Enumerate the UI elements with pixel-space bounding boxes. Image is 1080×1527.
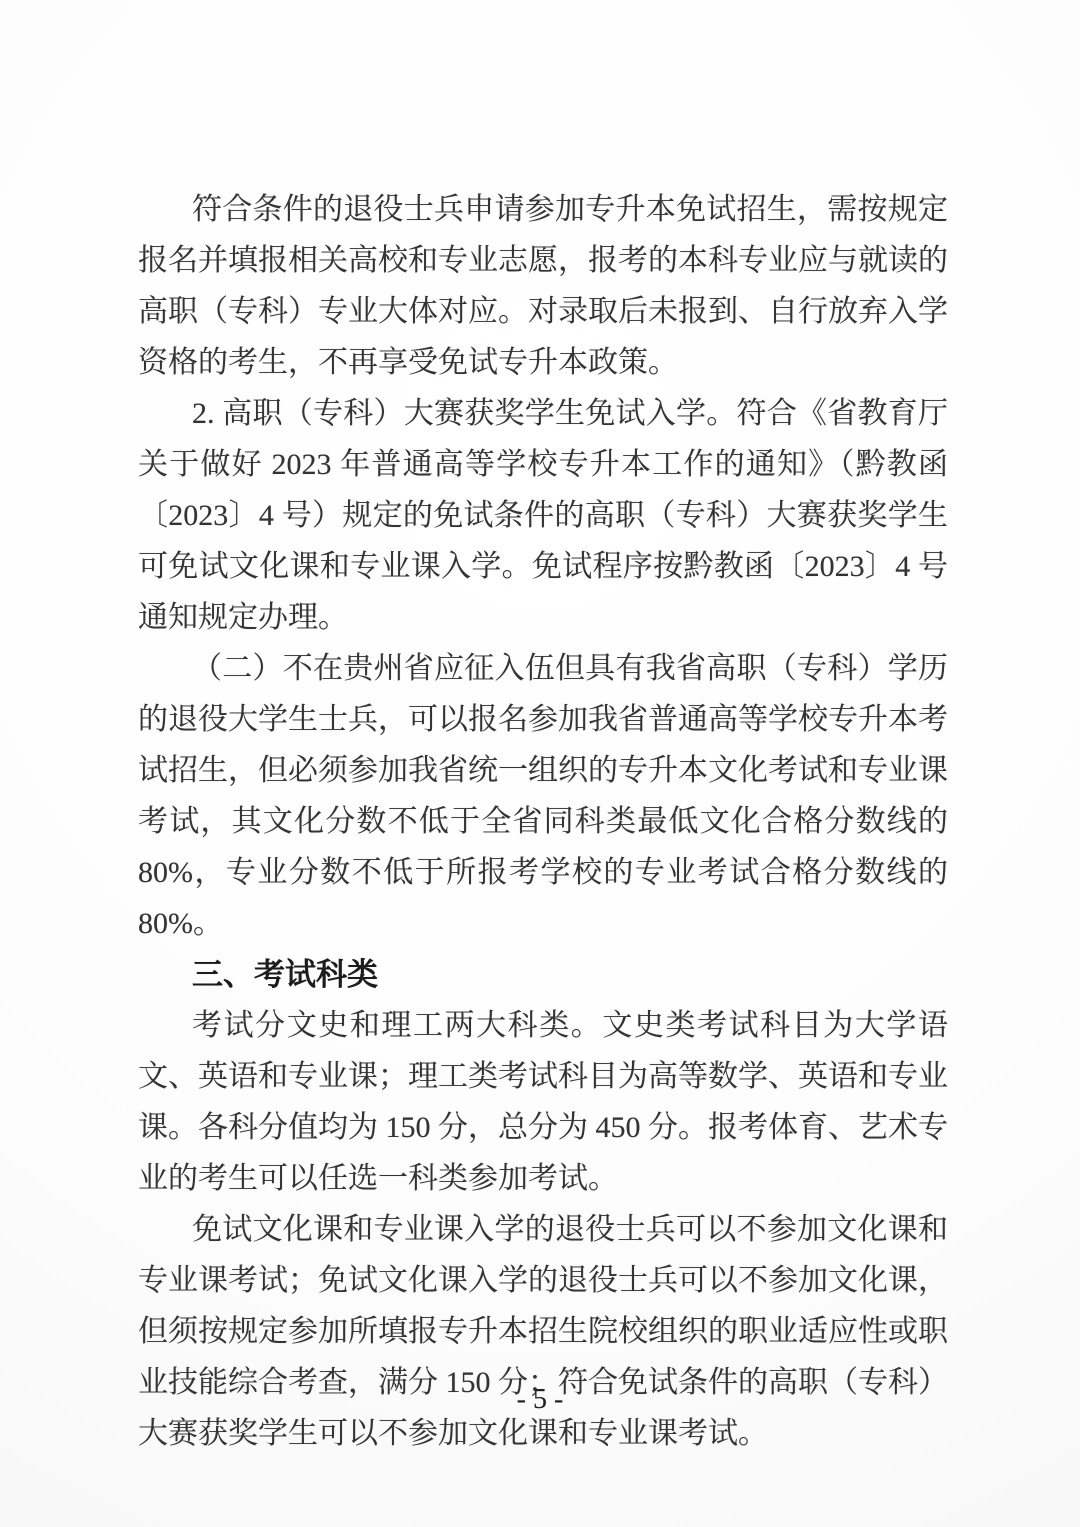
paragraph-veteran-exempt-application: 符合条件的退役士兵申请参加专升本免试招生，需按规定报名并填报相关高校和专业志愿，… bbox=[138, 184, 948, 388]
document-page: 符合条件的退役士兵申请参加专升本免试招生，需按规定报名并填报相关高校和专业志愿，… bbox=[0, 0, 1080, 1527]
paragraph-exemption-exam-rules: 免试文化课和专业课入学的退役士兵可以不参加文化课和专业课考试；免试文化课入学的退… bbox=[138, 1204, 948, 1459]
paragraph-out-of-province-veterans: （二）不在贵州省应征入伍但具有我省高职（专科）学历的退役大学生士兵，可以报名参加… bbox=[138, 643, 948, 949]
paragraph-exam-subjects-and-scores: 考试分文史和理工两大科类。文史类考试科目为大学语文、英语和专业课；理工类考试科目… bbox=[138, 1000, 948, 1204]
document-body: 符合条件的退役士兵申请参加专升本免试招生，需按规定报名并填报相关高校和专业志愿，… bbox=[138, 184, 948, 1459]
page-number: - 5 - bbox=[0, 1384, 1080, 1416]
paragraph-contest-winner-exemption: 2. 高职（专科）大赛获奖学生免试入学。符合《省教育厅关于做好 2023 年普通… bbox=[138, 388, 948, 643]
section-heading-exam-categories: 三、考试科类 bbox=[138, 949, 948, 1000]
